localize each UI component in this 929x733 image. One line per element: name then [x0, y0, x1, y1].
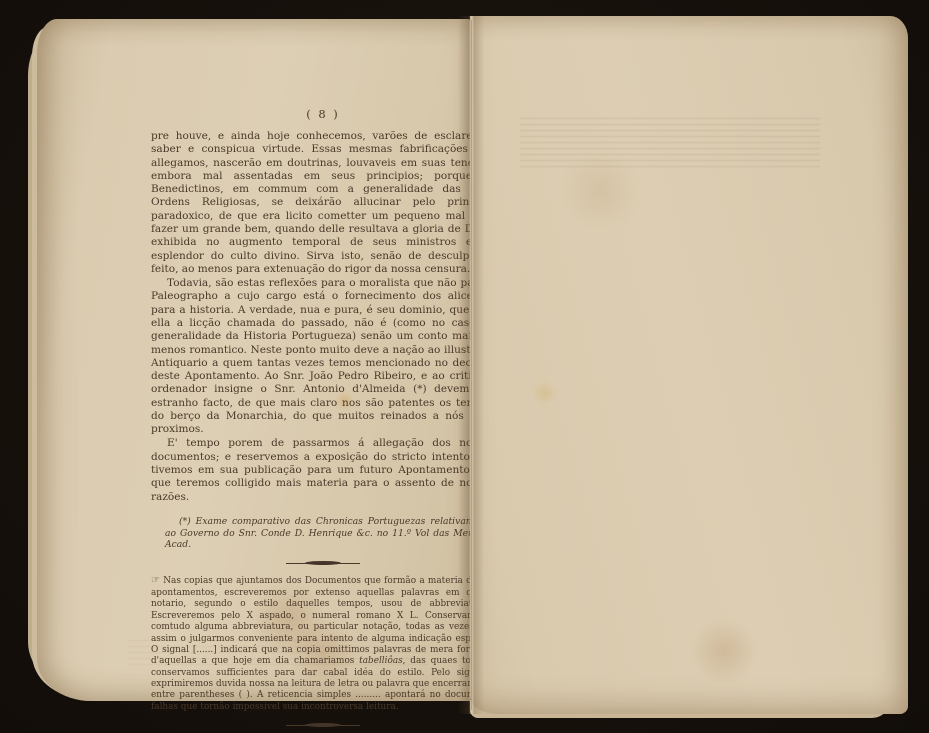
book-page-left: ( 8 ) pre houve, e ainda hoje conhecemos…: [37, 19, 470, 701]
footnote-editorial-note: ☞ Nas copias que ajuntamos dos Documento…: [151, 575, 495, 713]
footnote-reference: (*) Exame comparativo das Chronicas Port…: [151, 516, 495, 551]
paragraph: Todavia, são estas reflexões para o mora…: [151, 277, 495, 436]
footnote-text: Nas copias que ajuntamos dos Documentos …: [151, 576, 495, 666]
left-page-footnotes: (*) Exame comparativo das Chronicas Port…: [151, 516, 495, 728]
footnote-text-italic: tabelliôas: [359, 656, 403, 666]
book-fold-line: [471, 20, 472, 710]
ornamental-divider: [286, 560, 360, 566]
manicule-icon: ☞: [151, 575, 160, 586]
ornamental-divider: [286, 722, 360, 728]
book-page-right: ( 9 ) DOCUMENTO N.º 1 [ Pergaminho de 2½…: [470, 16, 908, 714]
paragraph: pre houve, e ainda hoje conhecemos, varõ…: [151, 130, 495, 276]
left-page-text-column: ( 8 ) pre houve, e ainda hoje conhecemos…: [151, 107, 495, 733]
paragraph: E' tempo porem de passarmos á allegação …: [151, 437, 495, 503]
page-number-left: ( 8 ): [151, 107, 495, 121]
